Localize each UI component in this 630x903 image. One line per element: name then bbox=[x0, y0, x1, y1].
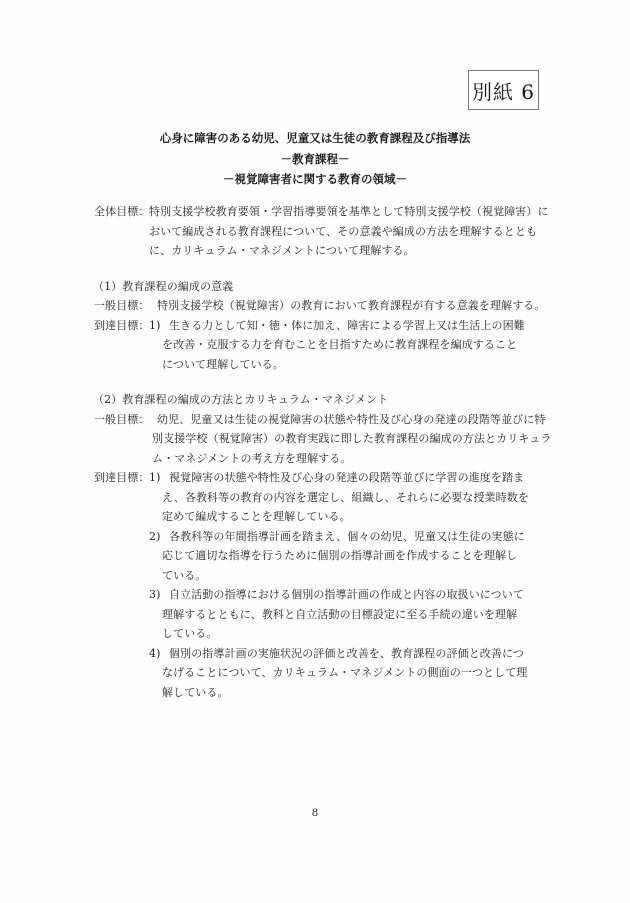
item-number: 1) bbox=[149, 468, 162, 488]
section-2: （2）教育課程の編成の方法とカリキュラム・マネジメント 一般目標： 幼児、児童又… bbox=[94, 390, 546, 702]
attainment-item-1: 1) 視覚障害の状態や特性及び心身の発達の段階等並びに学習の進度を踏ま え、各教… bbox=[149, 468, 546, 527]
title-line-1: 心身に障害のある幼児、児童又は生徒の教育課程及び指導法 bbox=[0, 128, 630, 149]
text-line: 幼児、児童又は生徒の視覚障害の状態や特性及び心身の発達の段階等並びに特 bbox=[152, 410, 546, 430]
text-line: 応じて適切な指導を行うために個別の指導計画を作成することを理解し bbox=[162, 546, 546, 566]
attainment-item-3: 3) 自立活動の指導における個別の指導計画の作成と内容の取扱いについて 理解する… bbox=[149, 585, 546, 644]
item-text: 各教科等の年間指導計画を踏まえ、個々の幼児、児童又は生徒の実態に 応じて適切な指… bbox=[162, 527, 546, 586]
item-number: 1) bbox=[149, 316, 162, 336]
text-line: 特別支援学校教育要領・学習指導要領を基準として特別支援学校（視覚障害）に bbox=[149, 202, 546, 222]
section-1-general-goal: 一般目標： 特別支援学校（視覚障害）の教育において教育課程が有する意義を理解する… bbox=[94, 296, 546, 316]
item-text: 自立活動の指導における個別の指導計画の作成と内容の取扱いについて 理解するととも… bbox=[162, 585, 546, 644]
attainment-item-4: 4) 個別の指導計画の実施状況の評価と改善を、教育課程の評価と改善につ なげるこ… bbox=[149, 644, 546, 703]
text-line: 理解するとともに、教科と自立活動の目標設定に至る手続の違いを理解 bbox=[162, 605, 546, 625]
text-line: 解している。 bbox=[162, 683, 546, 703]
attainment-item-2: 2) 各教科等の年間指導計画を踏まえ、個々の幼児、児童又は生徒の実態に 応じて適… bbox=[149, 527, 546, 586]
overall-goal-text: 特別支援学校教育要領・学習指導要領を基準として特別支援学校（視覚障害）に おいて… bbox=[149, 202, 546, 261]
item-number: 3) bbox=[149, 585, 162, 605]
document-page: 別紙 6 心身に障害のある幼児、児童又は生徒の教育課程及び指導法 －教育課程－ … bbox=[0, 0, 630, 903]
attainment-items: 1) 生きる力として知・徳・体に加え、障害による学習上又は生活上の困難 を改善・… bbox=[149, 316, 546, 375]
text-line: を改善・克服する力を育むことを目指すために教育課程を編成すること bbox=[162, 335, 546, 355]
general-goal-label: 一般目標： bbox=[94, 410, 149, 430]
item-text: 視覚障害の状態や特性及び心身の発達の段階等並びに学習の進度を踏ま え、各教科等の… bbox=[162, 468, 546, 527]
overall-goal-block: 全体目標： 特別支援学校教育要領・学習指導要領を基準として特別支援学校（視覚障害… bbox=[94, 202, 546, 261]
text-line: について理解している。 bbox=[162, 355, 546, 375]
item-number: 2) bbox=[149, 527, 162, 547]
attachment-label: 別紙 6 bbox=[472, 76, 535, 105]
title-line-2: －教育課程－ bbox=[0, 149, 630, 170]
text-line: なげることについて、カリキュラム・マネジメントの側面の一つとして理 bbox=[162, 663, 546, 683]
title-line-3: －視覚障害者に関する教育の領域－ bbox=[0, 169, 630, 190]
general-goal-text: 特別支援学校（視覚障害）の教育において教育課程が有する意義を理解する。 bbox=[152, 296, 546, 316]
attainment-items: 1) 視覚障害の状態や特性及び心身の発達の段階等並びに学習の進度を踏ま え、各教… bbox=[149, 468, 546, 702]
text-line: 別支援学校（視覚障害）の教育実践に即した教育課程の編成の方法とカリキュラ bbox=[152, 429, 546, 449]
section-1-attainment-goals: 到達目標： 1) 生きる力として知・徳・体に加え、障害による学習上又は生活上の困… bbox=[94, 316, 546, 375]
item-text: 生きる力として知・徳・体に加え、障害による学習上又は生活上の困難 を改善・克服す… bbox=[162, 316, 546, 375]
text-line: おいて編成される教育課程について、その意義や編成の方法を理解するととも bbox=[149, 222, 546, 242]
text-line: 特別支援学校（視覚障害）の教育において教育課程が有する意義を理解する。 bbox=[152, 296, 546, 316]
attachment-label-box: 別紙 6 bbox=[468, 70, 539, 110]
text-line: 個別の指導計画の実施状況の評価と改善を、教育課程の評価と改善につ bbox=[162, 644, 546, 664]
section-2-heading: （2）教育課程の編成の方法とカリキュラム・マネジメント bbox=[93, 390, 546, 410]
text-line: に、カリキュラム・マネジメントについて理解する。 bbox=[149, 241, 546, 261]
attainment-goal-label: 到達目標： bbox=[94, 468, 149, 488]
item-text: 個別の指導計画の実施状況の評価と改善を、教育課程の評価と改善につ なげることにつ… bbox=[162, 644, 546, 703]
section-1-heading: （1）教育課程の編成の意義 bbox=[93, 277, 546, 297]
general-goal-label: 一般目標： bbox=[94, 296, 149, 316]
document-title: 心身に障害のある幼児、児童又は生徒の教育課程及び指導法 －教育課程－ －視覚障害… bbox=[0, 128, 630, 190]
text-line: 各教科等の年間指導計画を踏まえ、個々の幼児、児童又は生徒の実態に bbox=[162, 527, 546, 547]
page-number: 8 bbox=[0, 807, 630, 819]
attainment-goal-label: 到達目標： bbox=[94, 316, 149, 336]
text-line: ム・マネジメントの考え方を理解する。 bbox=[152, 449, 546, 469]
section-1: （1）教育課程の編成の意義 一般目標： 特別支援学校（視覚障害）の教育において教… bbox=[94, 277, 546, 375]
text-line: ている。 bbox=[162, 566, 546, 586]
attainment-item-1: 1) 生きる力として知・徳・体に加え、障害による学習上又は生活上の困難 を改善・… bbox=[149, 316, 546, 375]
text-line: している。 bbox=[162, 624, 546, 644]
general-goal-text: 幼児、児童又は生徒の視覚障害の状態や特性及び心身の発達の段階等並びに特 別支援学… bbox=[152, 410, 546, 469]
text-line: 定めて編成することを理解している。 bbox=[162, 507, 546, 527]
item-number: 4) bbox=[149, 644, 162, 664]
overall-goal-label: 全体目標： bbox=[94, 202, 149, 222]
text-line: 生きる力として知・徳・体に加え、障害による学習上又は生活上の困難 bbox=[162, 316, 546, 336]
document-body: 全体目標： 特別支援学校教育要領・学習指導要領を基準として特別支援学校（視覚障害… bbox=[94, 202, 546, 702]
section-2-general-goal: 一般目標： 幼児、児童又は生徒の視覚障害の状態や特性及び心身の発達の段階等並びに… bbox=[94, 410, 546, 469]
text-line: え、各教科等の教育の内容を選定し、組織し、それらに必要な授業時数を bbox=[162, 488, 546, 508]
text-line: 自立活動の指導における個別の指導計画の作成と内容の取扱いについて bbox=[162, 585, 546, 605]
section-2-attainment-goals: 到達目標： 1) 視覚障害の状態や特性及び心身の発達の段階等並びに学習の進度を踏… bbox=[94, 468, 546, 702]
text-line: 視覚障害の状態や特性及び心身の発達の段階等並びに学習の進度を踏ま bbox=[162, 468, 546, 488]
